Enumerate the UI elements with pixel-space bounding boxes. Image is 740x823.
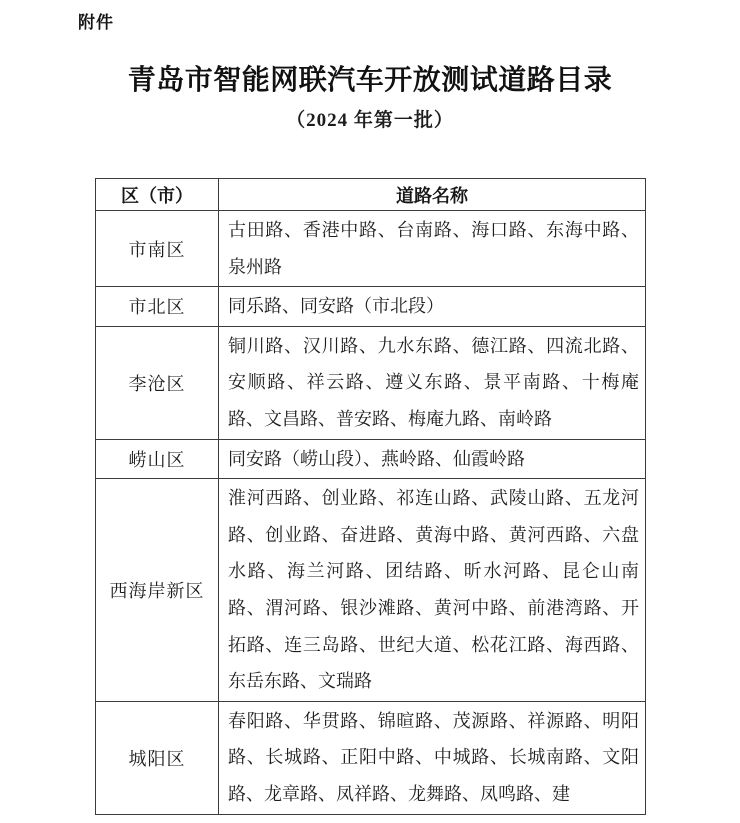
table-row: 崂山区同安路（崂山段）、燕岭路、仙霞岭路	[96, 439, 646, 479]
district-cell: 崂山区	[96, 439, 219, 479]
district-cell: 市北区	[96, 287, 219, 327]
table-row: 西海岸新区淮河西路、创业路、祁连山路、武陵山路、五龙河路、创业路、奋进路、黄海中…	[96, 479, 646, 702]
roads-cell: 淮河西路、创业路、祁连山路、武陵山路、五龙河路、创业路、奋进路、黄海中路、黄河西…	[219, 479, 646, 702]
roads-cell: 铜川路、汉川路、九水东路、德江路、四流北路、安顺路、祥云路、遵义东路、景平南路、…	[219, 326, 646, 439]
document-title: 青岛市智能网联汽车开放测试道路目录	[85, 58, 655, 98]
roads-cell: 同乐路、同安路（市北段）	[219, 287, 646, 327]
roads-cell: 春阳路、华贯路、锦暄路、茂源路、祥源路、明阳路、长城路、正阳中路、中城路、长城南…	[219, 701, 646, 814]
table-header-row: 区（市） 道路名称	[96, 179, 646, 211]
table-row: 城阳区春阳路、华贯路、锦暄路、茂源路、祥源路、明阳路、长城路、正阳中路、中城路、…	[96, 701, 646, 814]
roads-table: 区（市） 道路名称 市南区古田路、香港中路、台南路、海口路、东海中路、泉州路市北…	[95, 178, 646, 815]
document-subtitle: （2024 年第一批）	[85, 105, 655, 132]
table-header: 区（市） 道路名称	[96, 179, 646, 211]
table-row: 市南区古田路、香港中路、台南路、海口路、东海中路、泉州路	[96, 211, 646, 287]
district-cell: 城阳区	[96, 701, 219, 814]
district-cell: 李沧区	[96, 326, 219, 439]
document-page: 附件 青岛市智能网联汽车开放测试道路目录 （2024 年第一批） 区（市） 道路…	[0, 0, 740, 823]
attachment-label: 附件	[78, 8, 114, 33]
table-row: 李沧区铜川路、汉川路、九水东路、德江路、四流北路、安顺路、祥云路、遵义东路、景平…	[96, 326, 646, 439]
table-body: 市南区古田路、香港中路、台南路、海口路、东海中路、泉州路市北区同乐路、同安路（市…	[96, 211, 646, 815]
district-cell: 市南区	[96, 211, 219, 287]
header-district: 区（市）	[96, 179, 219, 211]
table-row: 市北区同乐路、同安路（市北段）	[96, 287, 646, 327]
header-roads: 道路名称	[219, 179, 646, 211]
district-cell: 西海岸新区	[96, 479, 219, 702]
roads-cell: 古田路、香港中路、台南路、海口路、东海中路、泉州路	[219, 211, 646, 287]
roads-cell: 同安路（崂山段）、燕岭路、仙霞岭路	[219, 439, 646, 479]
